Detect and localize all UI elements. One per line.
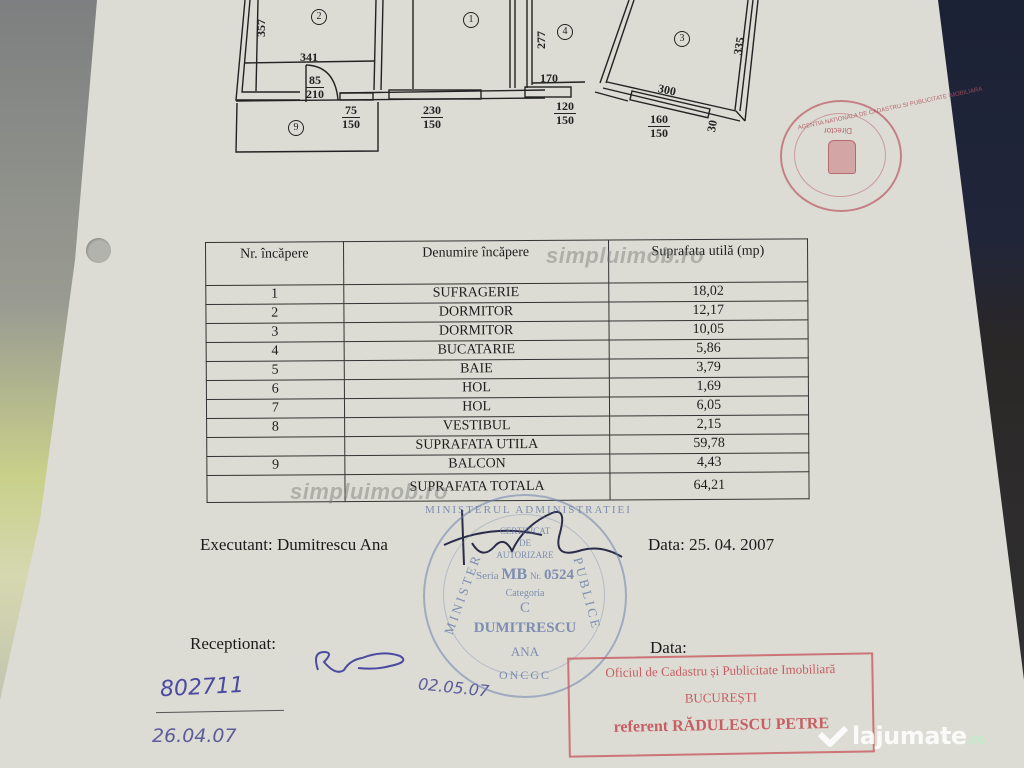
dim-30: 30 bbox=[705, 119, 719, 133]
stamp-center-text: Director bbox=[824, 126, 852, 135]
cadastre-agency-stamp: AGENTIA NATIONALA DE CADASTRU SI PUBLICI… bbox=[780, 100, 902, 212]
room-marker-3: 3 bbox=[674, 31, 690, 47]
punch-hole bbox=[86, 238, 111, 263]
header-room-number: Nr. încăpere bbox=[206, 242, 344, 286]
opening-230-150: 230 150 bbox=[421, 104, 443, 131]
room-marker-2: 2 bbox=[311, 9, 327, 25]
lajumate-logo-icon bbox=[818, 726, 848, 748]
handwritten-number: 802711 bbox=[159, 673, 244, 702]
handwritten-date-1: 26.04.07 bbox=[152, 725, 237, 747]
dim-341: 341 bbox=[300, 51, 318, 63]
lajumate-watermark: lajumate.ro bbox=[852, 722, 985, 750]
receptionat-label: Receptionat: bbox=[190, 634, 276, 654]
watermark-simpluimob-top: simpluimob.ro bbox=[546, 243, 704, 269]
receptionist-signature bbox=[310, 640, 420, 685]
dim-357: 357 bbox=[255, 19, 267, 37]
dim-170: 170 bbox=[540, 72, 558, 84]
coat-of-arms-icon bbox=[828, 140, 856, 174]
stamp-seria: Seria MB Nr. 0524 bbox=[425, 566, 625, 584]
execution-date: Data: 25. 04. 2007 bbox=[648, 535, 774, 555]
dim-277: 277 bbox=[535, 31, 547, 49]
opening-75-150: 75 150 bbox=[342, 104, 360, 131]
opening-85-210: 85 210 bbox=[306, 74, 324, 101]
room-marker-4: 4 bbox=[557, 24, 573, 40]
dim-335: 335 bbox=[732, 36, 747, 56]
executant-name: Dumitrescu Ana bbox=[277, 535, 388, 554]
watermark-simpluimob-bottom: simpluimob.ro bbox=[290, 479, 448, 505]
room-marker-9: 9 bbox=[288, 120, 304, 136]
dim-300: 300 bbox=[657, 82, 677, 97]
opening-160-150: 160 150 bbox=[648, 113, 670, 140]
room-marker-1: 1 bbox=[463, 12, 479, 28]
executant-label: Executant: Dumitrescu Ana bbox=[200, 535, 388, 555]
room-areas-table: Nr. încăpere Denumire încăpere Suprafata… bbox=[205, 238, 810, 503]
opening-120-150: 120 150 bbox=[554, 100, 576, 127]
